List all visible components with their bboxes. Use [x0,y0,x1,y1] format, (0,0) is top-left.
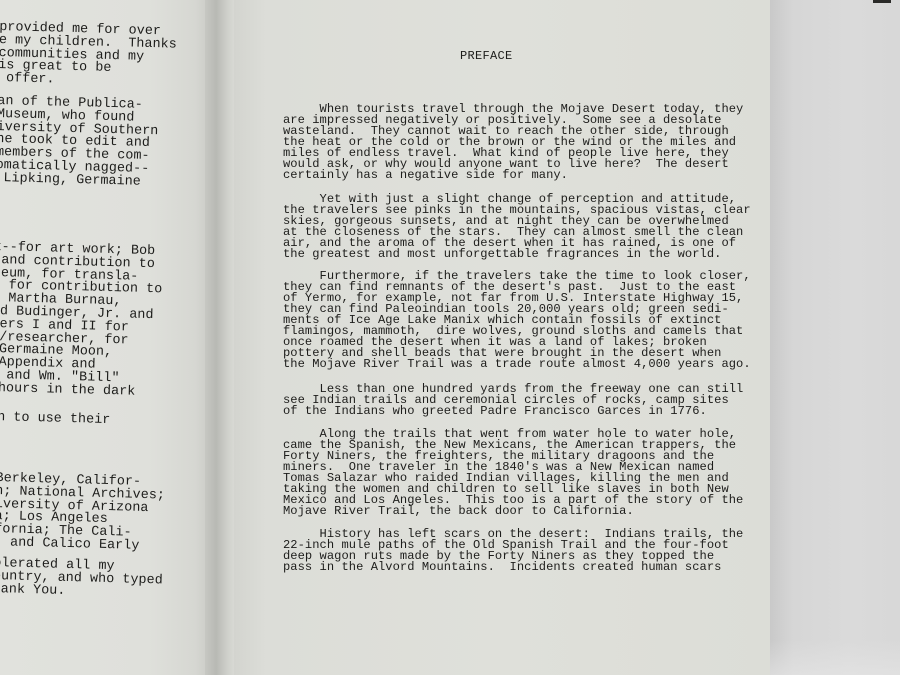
preface-paragraph: History has left scars on the desert: In… [283,529,743,573]
left-paragraph: provided me for over e my children. Than… [0,22,177,91]
preface-paragraph: Along the trails that went from water ho… [283,429,743,517]
preface-paragraph: Yet with just a slight change of percept… [283,194,751,260]
left-paragraph: k--for art work; Bob and contribution to… [0,242,163,400]
page-edge [770,0,900,675]
left-paragraph: an of the Publica- Museum, who found ive… [0,96,159,190]
left-paragraph: Berkeley, Califor- on; National Archives… [0,473,165,554]
page-number-fragment [873,0,891,3]
preface-paragraph: Furthermore, if the travelers take the t… [283,271,751,370]
left-paragraph: on to use their [0,412,110,428]
open-book-photo: provided me for over e my children. Than… [0,0,900,675]
book-gutter [205,0,237,675]
page-title: PREFACE [460,51,513,62]
left-page: provided me for over e my children. Than… [0,0,212,675]
preface-paragraph: When tourists travel through the Mojave … [283,104,743,181]
page-edge-shadow [770,640,900,675]
left-paragraph: tolerated all my country, and who typed … [0,558,163,601]
preface-paragraph: Less than one hundred yards from the fre… [283,384,743,417]
